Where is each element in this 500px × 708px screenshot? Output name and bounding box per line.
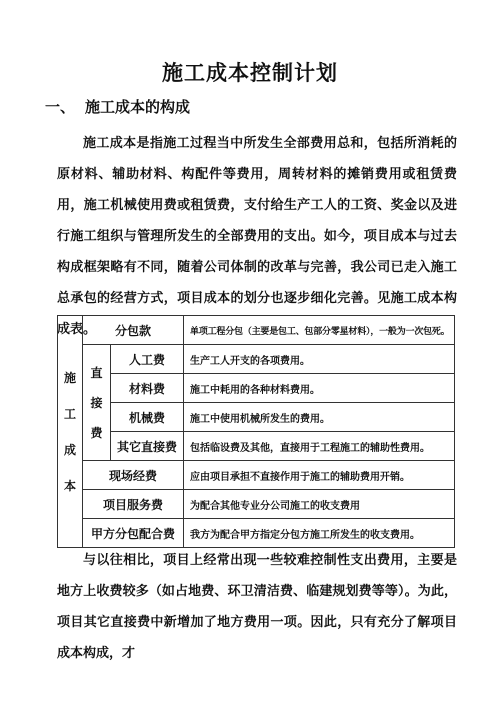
table-row-subcontract: 施工成本 分包款 单项工程分包（主要是包工、包部分零星材料），一般为一次包死。 [58,316,455,345]
table-row-other-direct: 其它直接费 包括临设费及其他，直接用于工程施工的辅助性费用。 [58,432,455,461]
item-cell-material: 材料费 [111,374,184,403]
description-cell-site-expense: 应由项目承担不直接作用于施工的辅助费用开销。 [184,461,455,490]
paragraph-cost-control: 与以往相比，项目上经常出现一些较难控制性支出费用，主要是地方上收费较多（如占地费… [57,544,457,668]
category-label: 施工成本 [64,360,76,504]
description-cell-subcontract: 单项工程分包（主要是包工、包部分零星材料），一般为一次包死。 [184,316,455,345]
cost-composition-table: 施工成本 分包款 单项工程分包（主要是包工、包部分零星材料），一般为一次包死。 … [57,315,455,548]
table-row-site-expense: 现场经费 应由项目承担不直接作用于施工的辅助费用开销。 [58,461,455,490]
table-row-machinery: 机械费 施工中使用机械所发生的费用。 [58,403,455,432]
section-number: 一、 [45,100,75,116]
document-page: 施工成本控制计划 一、施工成本的构成 施工成本是指施工过程当中所发生全部费用总和… [0,0,500,708]
section-heading: 一、施工成本的构成 [45,96,190,117]
table-row-material: 材料费 施工中耗用的各种材料费用。 [58,374,455,403]
item-cell-machinery: 机械费 [111,403,184,432]
item-cell-other-direct: 其它直接费 [111,432,184,461]
description-cell-labor: 生产工人开支的各项费用。 [184,345,455,374]
section-title: 施工成本的构成 [85,100,190,116]
table-row-project-service: 项目服务费 为配合其他专业分公司施工的收支费用 [58,490,455,519]
direct-cost-group-label: 直接费 [91,358,103,448]
category-cell: 施工成本 [58,316,83,548]
description-cell-machinery: 施工中使用机械所发生的费用。 [184,403,455,432]
document-title: 施工成本控制计划 [0,57,500,87]
item-cell-labor: 人工费 [111,345,184,374]
item-cell-site-expense: 现场经费 [83,461,184,490]
description-cell-material: 施工中耗用的各种材料费用。 [184,374,455,403]
description-cell-other-direct: 包括临设费及其他，直接用于工程施工的辅助性费用。 [184,432,455,461]
paragraph-cost-definition: 施工成本是指施工过程当中所发生全部费用总和，包括所消耗的原材料、辅助材料、构配件… [57,127,457,344]
description-cell-project-service: 为配合其他专业分公司施工的收支费用 [184,490,455,519]
direct-cost-group-cell: 直接费 [83,345,111,461]
table-row-labor: 直接费 人工费 生产工人开支的各项费用。 [58,345,455,374]
item-cell-project-service: 项目服务费 [83,490,184,519]
item-cell-subcontract: 分包款 [83,316,184,345]
